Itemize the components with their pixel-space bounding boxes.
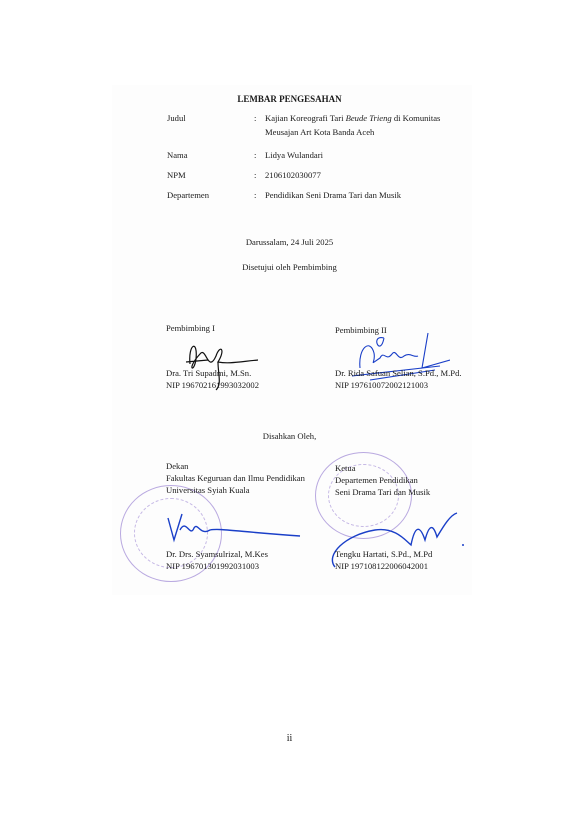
value-departemen: Pendidikan Seni Drama Tari dan Musik bbox=[265, 190, 401, 201]
head-role-line3: Seni Drama Tari dan Musik bbox=[335, 487, 430, 498]
approved-by: Disetujui oleh Pembimbing bbox=[0, 262, 579, 273]
dean-role-line3: Universitas Syiah Kuala bbox=[166, 485, 250, 496]
colon: : bbox=[254, 170, 256, 181]
value-judul-line2: Meusajan Art Kota Banda Aceh bbox=[265, 127, 374, 138]
dean-role-line1: Dekan bbox=[166, 461, 188, 472]
label-departemen: Departemen bbox=[167, 190, 209, 201]
label-npm: NPM bbox=[167, 170, 186, 181]
advisor1-name: Dra. Tri Supadmi, M.Sn. bbox=[166, 368, 251, 379]
dean-role-line2: Fakultas Keguruan dan Ilmu Pendidikan bbox=[166, 473, 305, 484]
ratified-by: Disahkan Oleh, bbox=[0, 431, 579, 442]
value-npm: 2106102030077 bbox=[265, 170, 321, 181]
colon: : bbox=[254, 150, 256, 161]
dean-nip: NIP 196701301992031003 bbox=[166, 561, 259, 572]
page-number: ii bbox=[0, 733, 579, 744]
dean-name: Dr. Drs. Syamsulrizal, M.Kes bbox=[166, 549, 268, 560]
advisor1-role: Pembimbing I bbox=[166, 323, 215, 334]
advisor2-name: Dr. Rida Safuan Selian, S.Pd., M.Pd. bbox=[335, 368, 462, 379]
colon: : bbox=[254, 113, 256, 124]
label-nama: Nama bbox=[167, 150, 188, 161]
value-nama: Lidya Wulandari bbox=[265, 150, 323, 161]
value-judul-line1: Kajian Koreografi Tari Beude Trieng di K… bbox=[265, 113, 440, 124]
place-date: Darussalam, 24 Juli 2025 bbox=[0, 237, 579, 248]
head-nip: NIP 197108122006042001 bbox=[335, 561, 428, 572]
label-judul: Judul bbox=[167, 113, 186, 124]
advisor1-nip: NIP 196702161993032002 bbox=[166, 380, 259, 391]
head-role-line2: Departemen Pendidikan bbox=[335, 475, 418, 486]
advisor2-nip: NIP 197610072002121003 bbox=[335, 380, 428, 391]
head-name: Tengku Hartati, S.Pd., M.Pd bbox=[335, 549, 432, 560]
page-title: LEMBAR PENGESAHAN bbox=[0, 94, 579, 105]
colon: : bbox=[254, 190, 256, 201]
signature-dean bbox=[160, 508, 310, 548]
head-role-line1: Ketua bbox=[335, 463, 356, 474]
